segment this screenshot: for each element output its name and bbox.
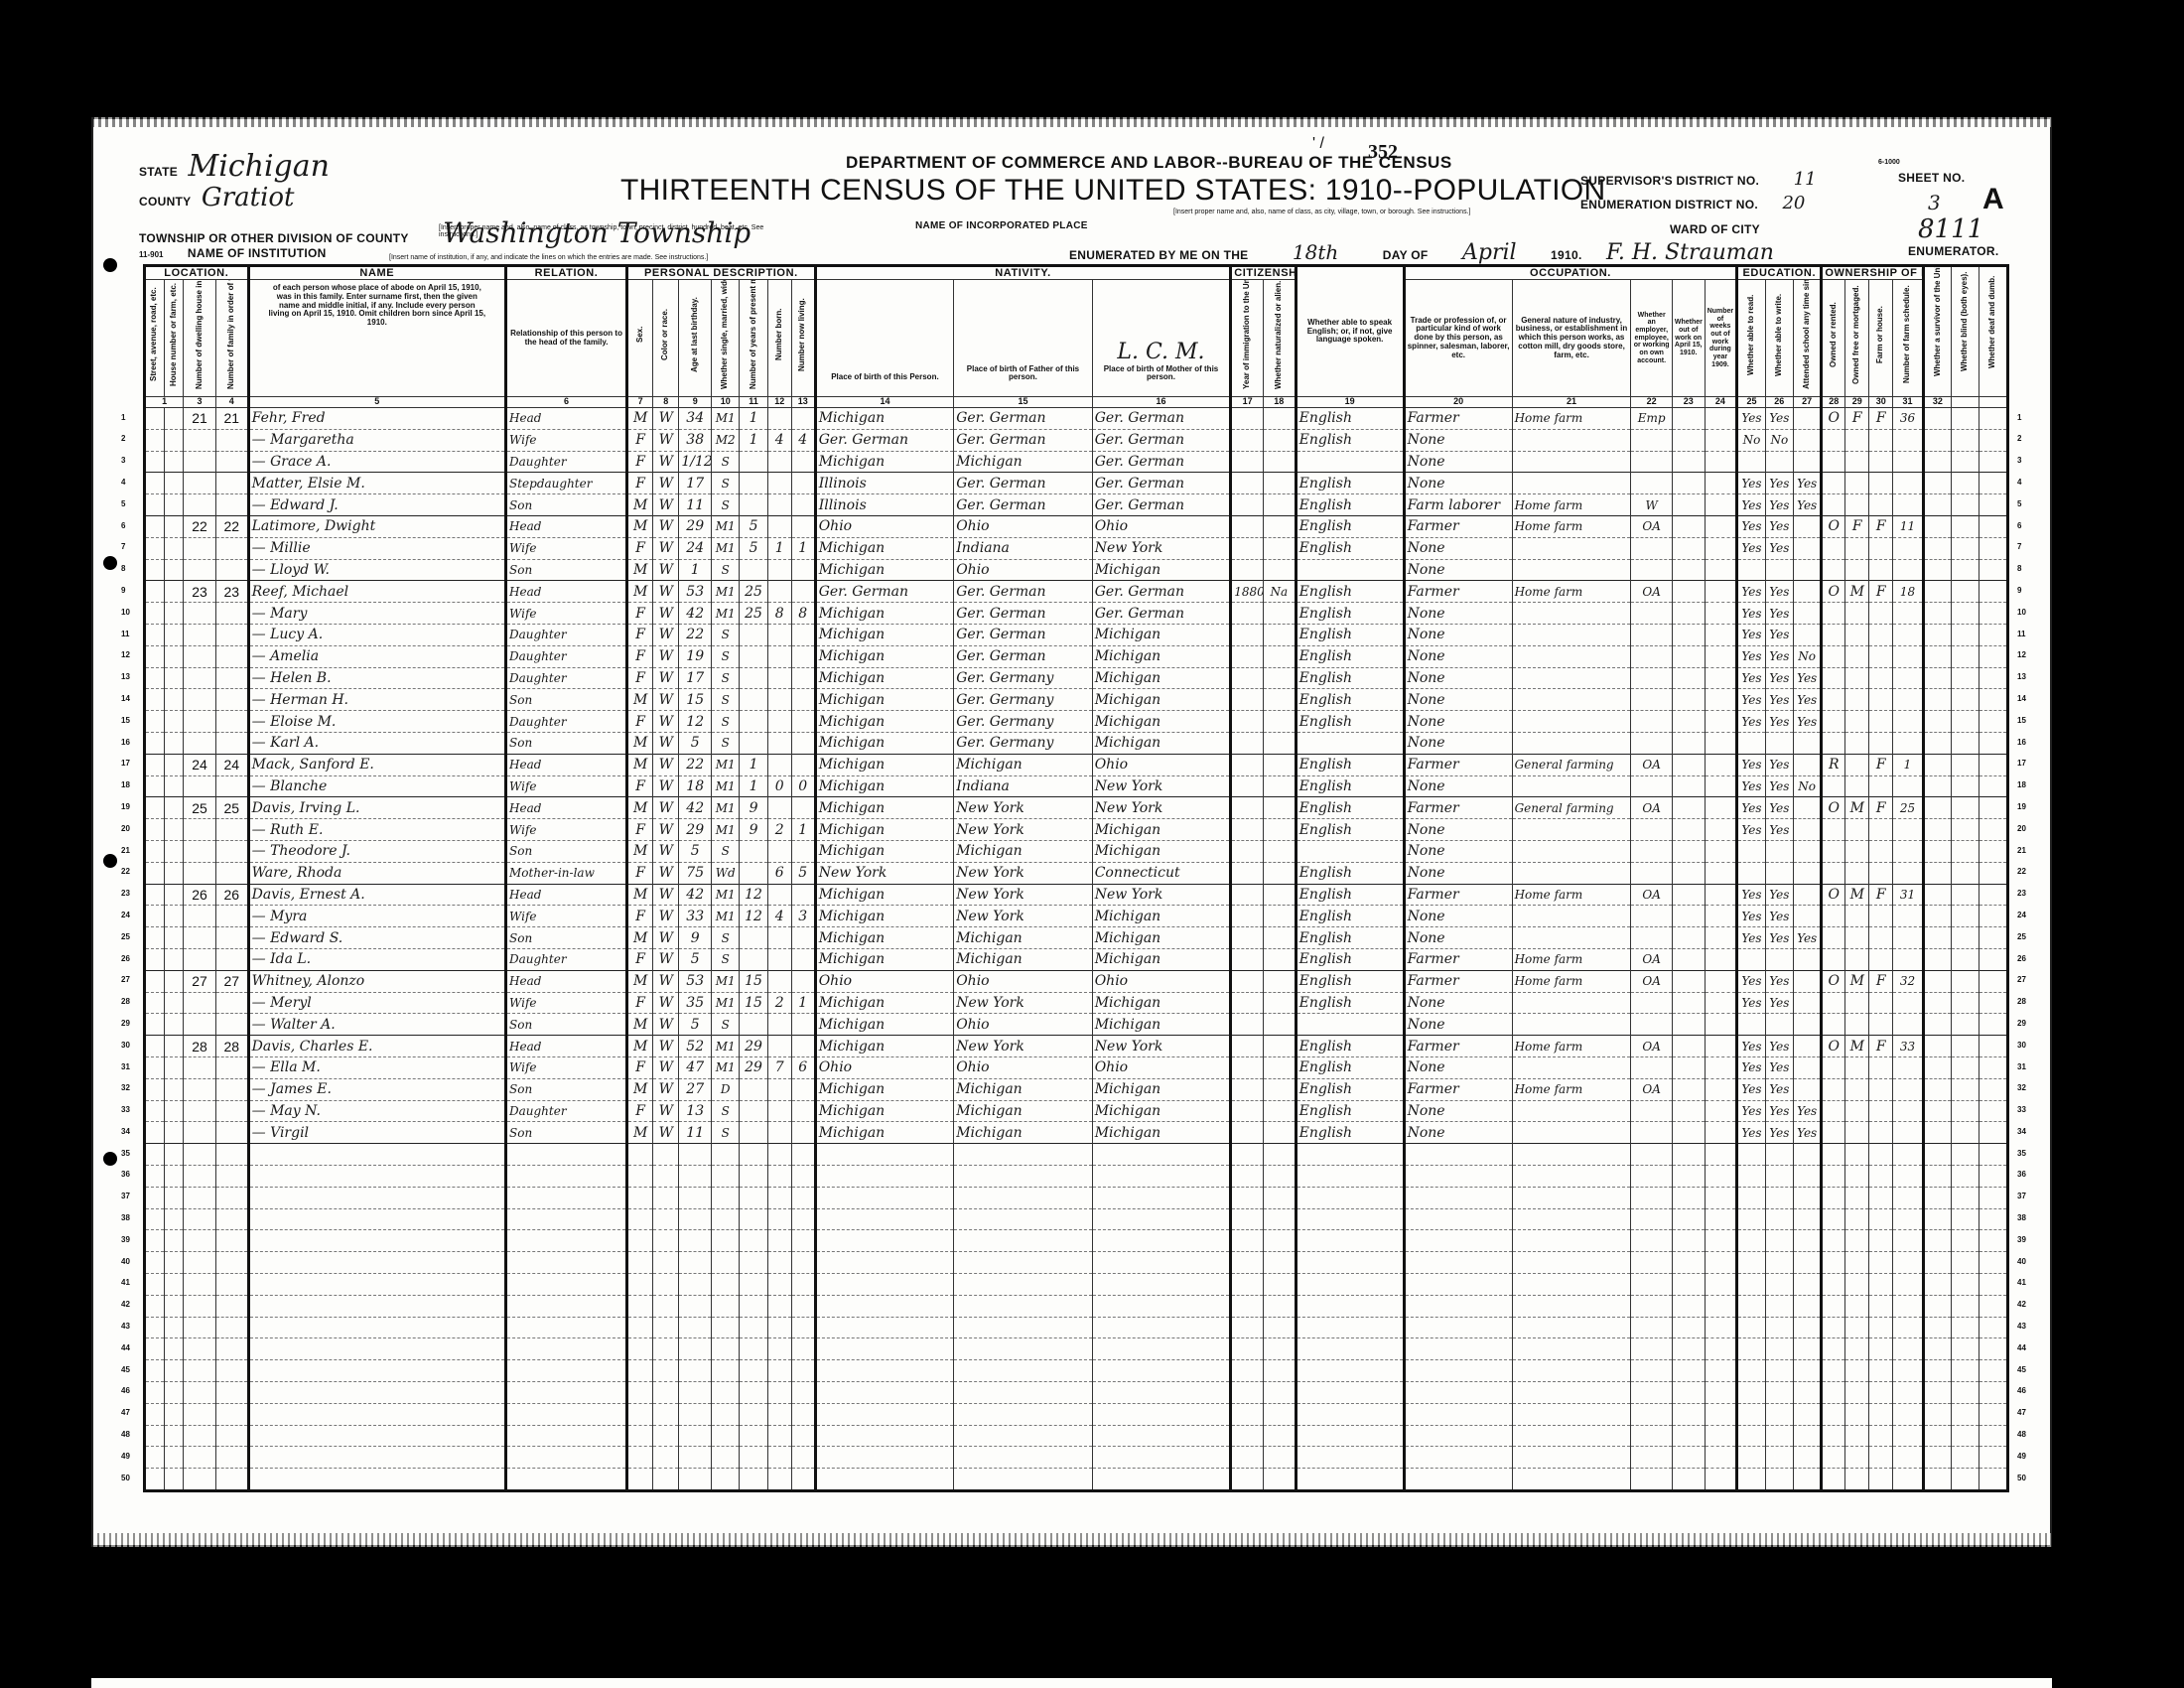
cell-schedule: 25	[1893, 797, 1924, 819]
cell-living	[791, 1317, 815, 1338]
cell-born	[767, 1381, 791, 1403]
cell-weeks-out	[1705, 1447, 1737, 1469]
cell-industry	[1512, 1338, 1631, 1360]
group-occupation: OCCUPATION.	[1404, 266, 1737, 280]
cell-schedule	[1893, 667, 1924, 689]
line-number: 35	[121, 1149, 130, 1158]
cell-natur	[1263, 473, 1296, 494]
cell-read	[1737, 1165, 1765, 1187]
cell-employer	[1631, 1252, 1672, 1274]
cell-out-of-work	[1672, 473, 1705, 494]
cell-name: — Margaretha	[248, 429, 505, 451]
table-row: — Ruth E.WifeFW29M1921MichiganNew YorkMi…	[145, 819, 2008, 841]
cell-blind	[1952, 1122, 1979, 1144]
cell-read: Yes	[1737, 884, 1765, 906]
line-number: 1	[2017, 413, 2021, 422]
cell-living	[791, 689, 815, 711]
group-personal-description: PERSONAL DESCRIPTION.	[627, 266, 816, 280]
cell-sex	[627, 1425, 653, 1447]
cell-blind	[1952, 1381, 1979, 1403]
cell-trade: None	[1404, 711, 1512, 733]
enumeration-district-value: 20	[1782, 193, 1805, 213]
cell-read	[1737, 1295, 1765, 1317]
cell-born	[767, 1122, 791, 1144]
cell-out-of-work	[1672, 1469, 1705, 1491]
cell-language	[1296, 1469, 1404, 1491]
cell-veteran	[1923, 927, 1951, 949]
cell-trade: Farmer	[1404, 884, 1512, 906]
cell-birthplace: Ger. German	[815, 429, 954, 451]
cell-language: English	[1296, 970, 1404, 992]
cell-years-married	[740, 1100, 767, 1122]
cell-veteran	[1923, 1208, 1951, 1230]
cell-farm	[1869, 1078, 1893, 1100]
cell-deaf	[1979, 819, 2008, 841]
cell-family	[215, 603, 248, 625]
cell-father-bp	[954, 1317, 1093, 1338]
cell-write: Yes	[1765, 473, 1793, 494]
cell-schedule	[1893, 1317, 1924, 1338]
cell-deaf	[1979, 1403, 2008, 1425]
cell-street	[145, 581, 165, 603]
cell-age	[679, 1208, 712, 1230]
cell-blind	[1952, 1144, 1979, 1166]
col-num-29: 29	[1845, 397, 1869, 408]
col-num-22: 22	[1631, 397, 1672, 408]
cell-years-married: 12	[740, 884, 767, 906]
cell-street	[145, 494, 165, 516]
cell-race: W	[653, 537, 679, 559]
cell-deaf	[1979, 1208, 2008, 1230]
cell-write: Yes	[1765, 603, 1793, 625]
cell-employer	[1631, 1230, 1672, 1252]
cell-own	[1822, 1317, 1845, 1338]
cell-deaf	[1979, 1295, 2008, 1317]
cell-living	[791, 1208, 815, 1230]
cell-dwelling	[184, 841, 216, 863]
cell-sex: F	[627, 906, 653, 927]
cell-natur	[1263, 906, 1296, 927]
cell-school	[1793, 1295, 1821, 1317]
cell-blind	[1952, 1252, 1979, 1274]
cell-mother-bp: Michigan	[1092, 1122, 1231, 1144]
cell-living	[791, 1165, 815, 1187]
cell-relation: Daughter	[506, 625, 627, 646]
cell-free: M	[1845, 884, 1869, 906]
cell-employer	[1631, 1295, 1672, 1317]
cell-natur	[1263, 1295, 1296, 1317]
cell-name: — Blanche	[248, 775, 505, 797]
cell-family	[215, 494, 248, 516]
cell-employer	[1631, 1273, 1672, 1295]
cell-years-married	[740, 1273, 767, 1295]
cell-father-bp	[954, 1381, 1093, 1403]
naturalized-header: Whether naturalized or alien.	[1263, 280, 1296, 397]
table-row	[145, 1273, 2008, 1295]
cell-own	[1822, 1295, 1845, 1317]
age-header: Age at last birthday.	[679, 280, 712, 397]
cell-living	[791, 1360, 815, 1382]
cell-own	[1822, 473, 1845, 494]
cell-out-of-work	[1672, 1014, 1705, 1036]
table-row: Matter, Elsie M.StepdaughterFW17SIllinoi…	[145, 473, 2008, 494]
enumerator-name: F. H. Strauman	[1606, 240, 1774, 265]
cell-born	[767, 841, 791, 863]
cell-weeks-out	[1705, 1317, 1737, 1338]
line-number: 29	[2017, 1019, 2026, 1028]
cell-own: O	[1822, 581, 1845, 603]
table-row: — Ella M.WifeFW47M12976OhioOhioOhioEngli…	[145, 1057, 2008, 1079]
cell-mother-bp: Ger. German	[1092, 603, 1231, 625]
cell-read	[1737, 1360, 1765, 1382]
cell-dwelling	[184, 1057, 216, 1079]
cell-natur: Na	[1263, 581, 1296, 603]
cell-own	[1822, 1078, 1845, 1100]
cell-name: — Meryl	[248, 992, 505, 1014]
table-row	[145, 1338, 2008, 1360]
cell-employer	[1631, 1144, 1672, 1166]
cell-trade: None	[1404, 1100, 1512, 1122]
cell-years-married: 5	[740, 537, 767, 559]
line-number: 2	[121, 434, 125, 443]
cell-natur	[1263, 1057, 1296, 1079]
cell-trade	[1404, 1144, 1512, 1166]
cell-employer: OA	[1631, 797, 1672, 819]
cell-age: 17	[679, 667, 712, 689]
cell-farm	[1869, 1187, 1893, 1208]
cell-race: W	[653, 1100, 679, 1122]
cell-read	[1737, 862, 1765, 884]
cell-mother-bp: Michigan	[1092, 841, 1231, 863]
line-number: 31	[2017, 1062, 2026, 1071]
cell-relation: Head	[506, 408, 627, 430]
cell-deaf	[1979, 1273, 2008, 1295]
cell-free	[1845, 1014, 1869, 1036]
cell-marital: M1	[712, 797, 740, 819]
cell-read	[1737, 1252, 1765, 1274]
cell-schedule: 36	[1893, 408, 1924, 430]
cell-birthplace: Michigan	[815, 1014, 954, 1036]
cell-school: Yes	[1793, 711, 1821, 733]
cell-school	[1793, 1057, 1821, 1079]
cell-family	[215, 1187, 248, 1208]
cell-marital: S	[712, 711, 740, 733]
cell-free	[1845, 1469, 1869, 1491]
line-number: 18	[121, 780, 130, 789]
cell-sex: M	[627, 1122, 653, 1144]
line-number: 21	[121, 846, 130, 855]
cell-weeks-out	[1705, 862, 1737, 884]
table-row: — Helen B.DaughterFW17SMichiganGer. Germ…	[145, 667, 2008, 689]
cell-employer	[1631, 1447, 1672, 1469]
cell-read: Yes	[1737, 711, 1765, 733]
cell-father-bp: Ohio	[954, 970, 1093, 992]
cell-living: 0	[791, 775, 815, 797]
cell-marital: S	[712, 559, 740, 581]
cell-age	[679, 1187, 712, 1208]
line-number: 36	[121, 1170, 130, 1179]
cell-relation	[506, 1317, 627, 1338]
cell-birthplace	[815, 1317, 954, 1338]
cell-name: — James E.	[248, 1078, 505, 1100]
cell-family	[215, 667, 248, 689]
cell-dwelling	[184, 494, 216, 516]
cell-read: Yes	[1737, 645, 1765, 667]
cell-employer	[1631, 537, 1672, 559]
cell-dwelling: 28	[184, 1036, 216, 1057]
cell-age: 12	[679, 711, 712, 733]
cell-street	[145, 645, 165, 667]
cell-out-of-work	[1672, 603, 1705, 625]
line-number: 41	[121, 1278, 130, 1287]
cell-language: English	[1296, 819, 1404, 841]
cell-dwelling: 21	[184, 408, 216, 430]
line-number: 9	[2017, 586, 2021, 595]
col-num-32: 32	[1923, 397, 1951, 408]
cell-house	[164, 927, 184, 949]
cell-blind	[1952, 1317, 1979, 1338]
cell-marital	[712, 1295, 740, 1317]
cell-mother-bp: Ger. German	[1092, 494, 1231, 516]
cell-deaf	[1979, 1036, 2008, 1057]
line-number: 17	[121, 759, 130, 768]
cell-write	[1765, 1014, 1793, 1036]
cell-schedule	[1893, 1014, 1924, 1036]
cell-schedule	[1893, 733, 1924, 755]
cell-race: W	[653, 1122, 679, 1144]
cell-born: 7	[767, 1057, 791, 1079]
cell-race: W	[653, 516, 679, 538]
cell-veteran	[1923, 473, 1951, 494]
cell-out-of-work	[1672, 429, 1705, 451]
cell-race: W	[653, 473, 679, 494]
cell-street	[145, 1230, 165, 1252]
cell-blind	[1952, 927, 1979, 949]
cell-born	[767, 1252, 791, 1274]
cell-age: 11	[679, 494, 712, 516]
line-number: 44	[121, 1343, 130, 1352]
cell-weeks-out	[1705, 819, 1737, 841]
cell-industry: Home farm	[1512, 949, 1631, 971]
cell-schedule: 32	[1893, 970, 1924, 992]
col-num-15: 15	[954, 397, 1093, 408]
cell-weeks-out	[1705, 667, 1737, 689]
cell-school: Yes	[1793, 1100, 1821, 1122]
cell-immig	[1231, 754, 1264, 775]
cell-out-of-work	[1672, 1381, 1705, 1403]
cell-own	[1822, 1165, 1845, 1187]
table-row: — BlancheWifeFW18M1100MichiganIndianaNew…	[145, 775, 2008, 797]
cell-mother-bp: Michigan	[1092, 906, 1231, 927]
cell-race: W	[653, 733, 679, 755]
cell-immig	[1231, 408, 1264, 430]
cell-house	[164, 949, 184, 971]
cell-farm: F	[1869, 1036, 1893, 1057]
line-number: 24	[121, 911, 130, 919]
cell-dwelling	[184, 1144, 216, 1166]
cell-industry: Home farm	[1512, 1036, 1631, 1057]
cell-natur	[1263, 1425, 1296, 1447]
cell-years-married	[740, 1165, 767, 1187]
cell-out-of-work	[1672, 949, 1705, 971]
cell-race	[653, 1208, 679, 1230]
table-row: — VirgilSonMW11SMichiganMichiganMichigan…	[145, 1122, 2008, 1144]
cell-own	[1822, 1403, 1845, 1425]
cell-natur	[1263, 1469, 1296, 1491]
punch-hole	[103, 854, 117, 868]
cell-farm	[1869, 494, 1893, 516]
cell-marital	[712, 1381, 740, 1403]
owned-rented-header: Owned or rented.	[1822, 280, 1845, 397]
cell-veteran	[1923, 775, 1951, 797]
cell-language: English	[1296, 1036, 1404, 1057]
cell-school	[1793, 1469, 1821, 1491]
cell-relation	[506, 1403, 627, 1425]
township-note: [Insert proper name and, also, name of c…	[439, 224, 776, 238]
cell-mother-bp: Michigan	[1092, 949, 1231, 971]
cell-years-married: 1	[740, 408, 767, 430]
cell-deaf	[1979, 689, 2008, 711]
cell-sex: F	[627, 862, 653, 884]
cell-street	[145, 733, 165, 755]
immigration-year-header: Year of immigration to the United States…	[1231, 280, 1264, 397]
cell-living	[791, 581, 815, 603]
cell-marital: S	[712, 927, 740, 949]
cell-sex: M	[627, 689, 653, 711]
cell-street	[145, 1078, 165, 1100]
cell-own: R	[1822, 754, 1845, 775]
cell-out-of-work	[1672, 1057, 1705, 1079]
col-num-8: 8	[653, 397, 679, 408]
col-num-9: 9	[679, 397, 712, 408]
cell-birthplace: New York	[815, 862, 954, 884]
cell-age: 13	[679, 1100, 712, 1122]
enumeration-date-field: ENUMERATED BY ME ON THE 18th DAY OF Apri…	[1069, 240, 1774, 265]
cell-marital: S	[712, 949, 740, 971]
cell-house	[164, 754, 184, 775]
cell-deaf	[1979, 775, 2008, 797]
cell-read: Yes	[1737, 775, 1765, 797]
cell-years-married: 29	[740, 1036, 767, 1057]
cell-years-married: 25	[740, 581, 767, 603]
col-num-24: 24	[1705, 397, 1737, 408]
cell-years-married	[740, 473, 767, 494]
cell-schedule: 18	[1893, 581, 1924, 603]
cell-farm	[1869, 537, 1893, 559]
cell-employer: OA	[1631, 884, 1672, 906]
census-title: THIRTEENTH CENSUS OF THE UNITED STATES: …	[620, 174, 1606, 208]
cell-sex: F	[627, 1057, 653, 1079]
cell-trade	[1404, 1252, 1512, 1274]
cell-read: Yes	[1737, 970, 1765, 992]
cell-years-married	[740, 1338, 767, 1360]
cell-birthplace: Michigan	[815, 645, 954, 667]
cell-free	[1845, 451, 1869, 473]
cell-free	[1845, 537, 1869, 559]
cell-race: W	[653, 603, 679, 625]
cell-schedule	[1893, 645, 1924, 667]
cell-veteran	[1923, 494, 1951, 516]
cell-age	[679, 1252, 712, 1274]
cell-relation: Head	[506, 797, 627, 819]
cell-language	[1296, 1273, 1404, 1295]
cell-immig	[1231, 1273, 1264, 1295]
table-row: — Theodore J.SonMW5SMichiganMichiganMich…	[145, 841, 2008, 863]
table-row: 2727Whitney, AlonzoHeadMW53M115OhioOhioO…	[145, 970, 2008, 992]
cell-out-of-work	[1672, 754, 1705, 775]
cell-language: English	[1296, 711, 1404, 733]
cell-marital	[712, 1273, 740, 1295]
cell-farm: F	[1869, 516, 1893, 538]
cell-race	[653, 1338, 679, 1360]
cell-deaf	[1979, 1078, 2008, 1100]
cell-age	[679, 1165, 712, 1187]
cell-trade: None	[1404, 689, 1512, 711]
write-header: Whether able to write.	[1765, 280, 1793, 397]
cell-father-bp	[954, 1165, 1093, 1187]
line-number: 43	[2017, 1322, 2026, 1331]
cell-sex: M	[627, 516, 653, 538]
cell-blind	[1952, 733, 1979, 755]
cell-trade: Farm laborer	[1404, 494, 1512, 516]
cell-farm	[1869, 1230, 1893, 1252]
cell-natur	[1263, 1403, 1296, 1425]
cell-write: Yes	[1765, 775, 1793, 797]
cell-immig	[1231, 733, 1264, 755]
cell-family	[215, 733, 248, 755]
cell-living	[791, 1252, 815, 1274]
cell-born	[767, 559, 791, 581]
cell-living: 1	[791, 819, 815, 841]
cell-age: 19	[679, 645, 712, 667]
family-number-header: Number of family in order of visitation.	[215, 280, 248, 397]
cell-blind	[1952, 603, 1979, 625]
cell-age: 42	[679, 884, 712, 906]
cell-years-married: 9	[740, 819, 767, 841]
cell-trade: None	[1404, 819, 1512, 841]
line-number: 27	[121, 975, 130, 984]
table-row	[145, 1165, 2008, 1187]
cell-street	[145, 559, 165, 581]
cell-father-bp	[954, 1208, 1093, 1230]
cell-employer	[1631, 645, 1672, 667]
cell-marital: M1	[712, 581, 740, 603]
col-num-6: 6	[506, 397, 627, 408]
cell-dwelling: 23	[184, 581, 216, 603]
table-row	[145, 1252, 2008, 1274]
cell-free	[1845, 1338, 1869, 1360]
cell-father-bp: Ohio	[954, 1014, 1093, 1036]
cell-street	[145, 667, 165, 689]
cell-house	[164, 1036, 184, 1057]
cell-out-of-work	[1672, 516, 1705, 538]
cell-house	[164, 408, 184, 430]
cell-industry	[1512, 1447, 1631, 1469]
cell-trade: Farmer	[1404, 581, 1512, 603]
group-education: EDUCATION.	[1737, 266, 1822, 280]
cell-age: 34	[679, 408, 712, 430]
cell-father-bp: New York	[954, 906, 1093, 927]
cell-age: 42	[679, 797, 712, 819]
cell-write	[1765, 1403, 1793, 1425]
cell-immig	[1231, 711, 1264, 733]
cell-farm	[1869, 1469, 1893, 1491]
cell-marital: S	[712, 841, 740, 863]
cell-race	[653, 1144, 679, 1166]
cell-weeks-out	[1705, 1100, 1737, 1122]
cell-farm: F	[1869, 970, 1893, 992]
cell-school	[1793, 992, 1821, 1014]
